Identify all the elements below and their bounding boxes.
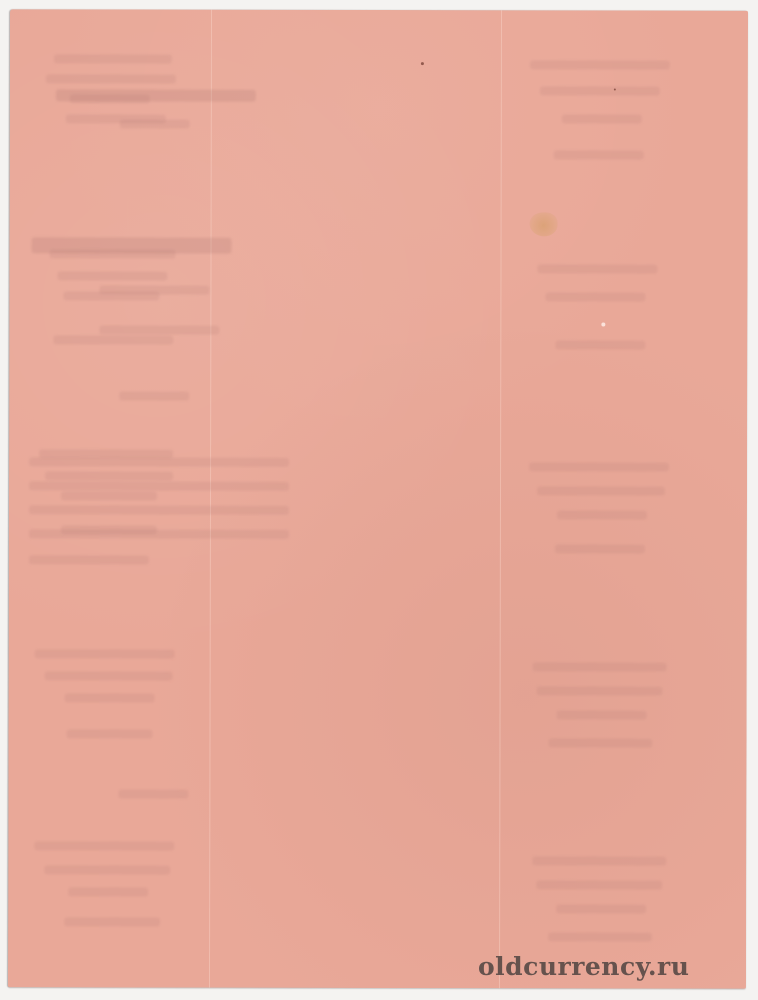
paper-sheet bbox=[8, 9, 748, 989]
ghost-text-block-right-1 bbox=[10, 9, 748, 11]
ghost-text-block-left-5 bbox=[10, 9, 748, 11]
ghost-text-block-right-5 bbox=[10, 9, 748, 11]
column-fold-line-left bbox=[209, 10, 212, 988]
ghost-text-block-left-1 bbox=[10, 9, 748, 11]
ghost-text-block-left-4 bbox=[10, 9, 748, 11]
ghost-text-block-right-4 bbox=[10, 9, 748, 11]
ghost-text-block-right-3 bbox=[10, 9, 748, 11]
ghost-text-block-left-3 bbox=[10, 9, 748, 11]
ghost-text-block-center-title bbox=[10, 9, 748, 11]
stain-mark-icon bbox=[530, 212, 558, 236]
site-watermark: oldcurrency.ru bbox=[478, 952, 689, 981]
speck-mark bbox=[421, 62, 424, 65]
ghost-text-block-right-2 bbox=[10, 9, 748, 11]
ghost-text-block-center-footer bbox=[10, 9, 748, 11]
column-fold-line-right bbox=[499, 10, 502, 988]
speck-mark bbox=[601, 322, 605, 326]
ghost-text-block-center-header bbox=[10, 9, 748, 11]
ghost-text-block-left-2 bbox=[10, 9, 748, 11]
speck-mark bbox=[614, 88, 616, 90]
ghost-text-block-center-paragraph bbox=[10, 9, 748, 11]
